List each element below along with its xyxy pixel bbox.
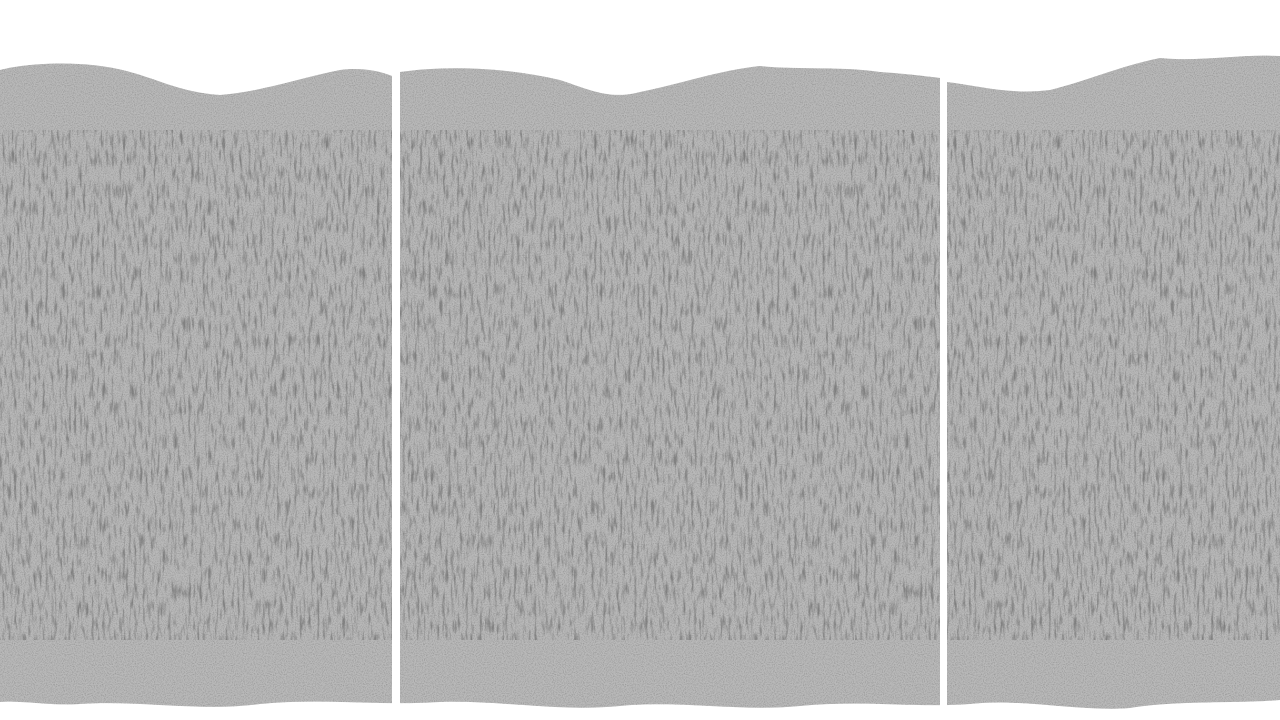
papyrus-image xyxy=(0,0,1280,720)
papyrus-scan xyxy=(0,0,1280,720)
